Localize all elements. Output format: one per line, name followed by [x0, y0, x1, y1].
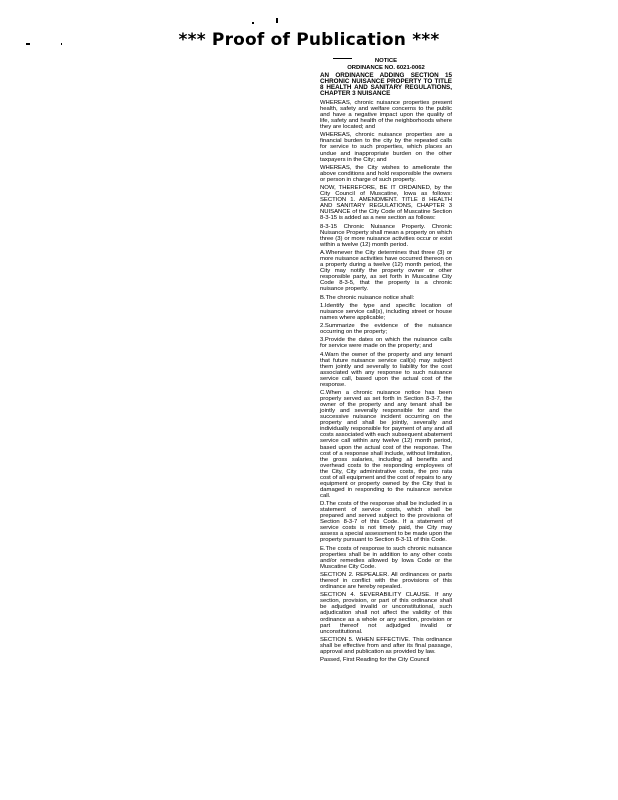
paragraph: NOW, THEREFORE, BE IT ORDAINED, by the C… — [320, 185, 452, 221]
paragraph: Passed, First Reading for the City Counc… — [320, 657, 452, 663]
scan-speck — [276, 18, 278, 23]
notice-label: NOTICE — [320, 58, 452, 64]
paragraph: E.The costs of response to such chronic … — [320, 546, 452, 570]
scan-speck — [252, 22, 254, 24]
paragraph: 8-3-15 Chronic Nuisance Property. Chroni… — [320, 224, 452, 248]
paragraph: C.When a chronic nuisance notice has bee… — [320, 390, 452, 499]
paragraph: SECTION 2. REPEALER. All ordinances or p… — [320, 572, 452, 590]
paragraph: 1.Identify the type and specific locatio… — [320, 303, 452, 321]
notice-column: NOTICE ORDINANCE NO. 6021-0062 AN ORDINA… — [320, 58, 452, 665]
paragraph: A.Whenever the City determines that thre… — [320, 250, 452, 292]
paragraph: WHEREAS, the City wishes to ameliorate t… — [320, 165, 452, 183]
paragraph: D.The costs of the response shall be inc… — [320, 501, 452, 543]
ordinance-heading: AN ORDINANCE ADDING SECTION 15 CHRONIC N… — [320, 73, 452, 98]
ordinance-number: ORDINANCE NO. 6021-0062 — [320, 65, 452, 71]
paragraph: WHEREAS, chronic nuisance properties pre… — [320, 100, 452, 130]
paragraph: 3.Provide the dates on which the nuisanc… — [320, 337, 452, 349]
paragraph: SECTION 4. SEVERABILITY CLAUSE. If any s… — [320, 592, 452, 634]
paragraph: B.The chronic nuisance notice shall: — [320, 295, 452, 301]
paragraph: 2.Summarize the evidence of the nuisance… — [320, 323, 452, 335]
page-title: *** Proof of Publication *** — [0, 30, 618, 50]
paragraph: WHEREAS, chronic nuisance properties are… — [320, 132, 452, 162]
paragraph: SECTION 5. WHEN EFFECTIVE. This ordinanc… — [320, 637, 452, 655]
paragraph: 4.Warn the owner of the property and any… — [320, 352, 452, 388]
